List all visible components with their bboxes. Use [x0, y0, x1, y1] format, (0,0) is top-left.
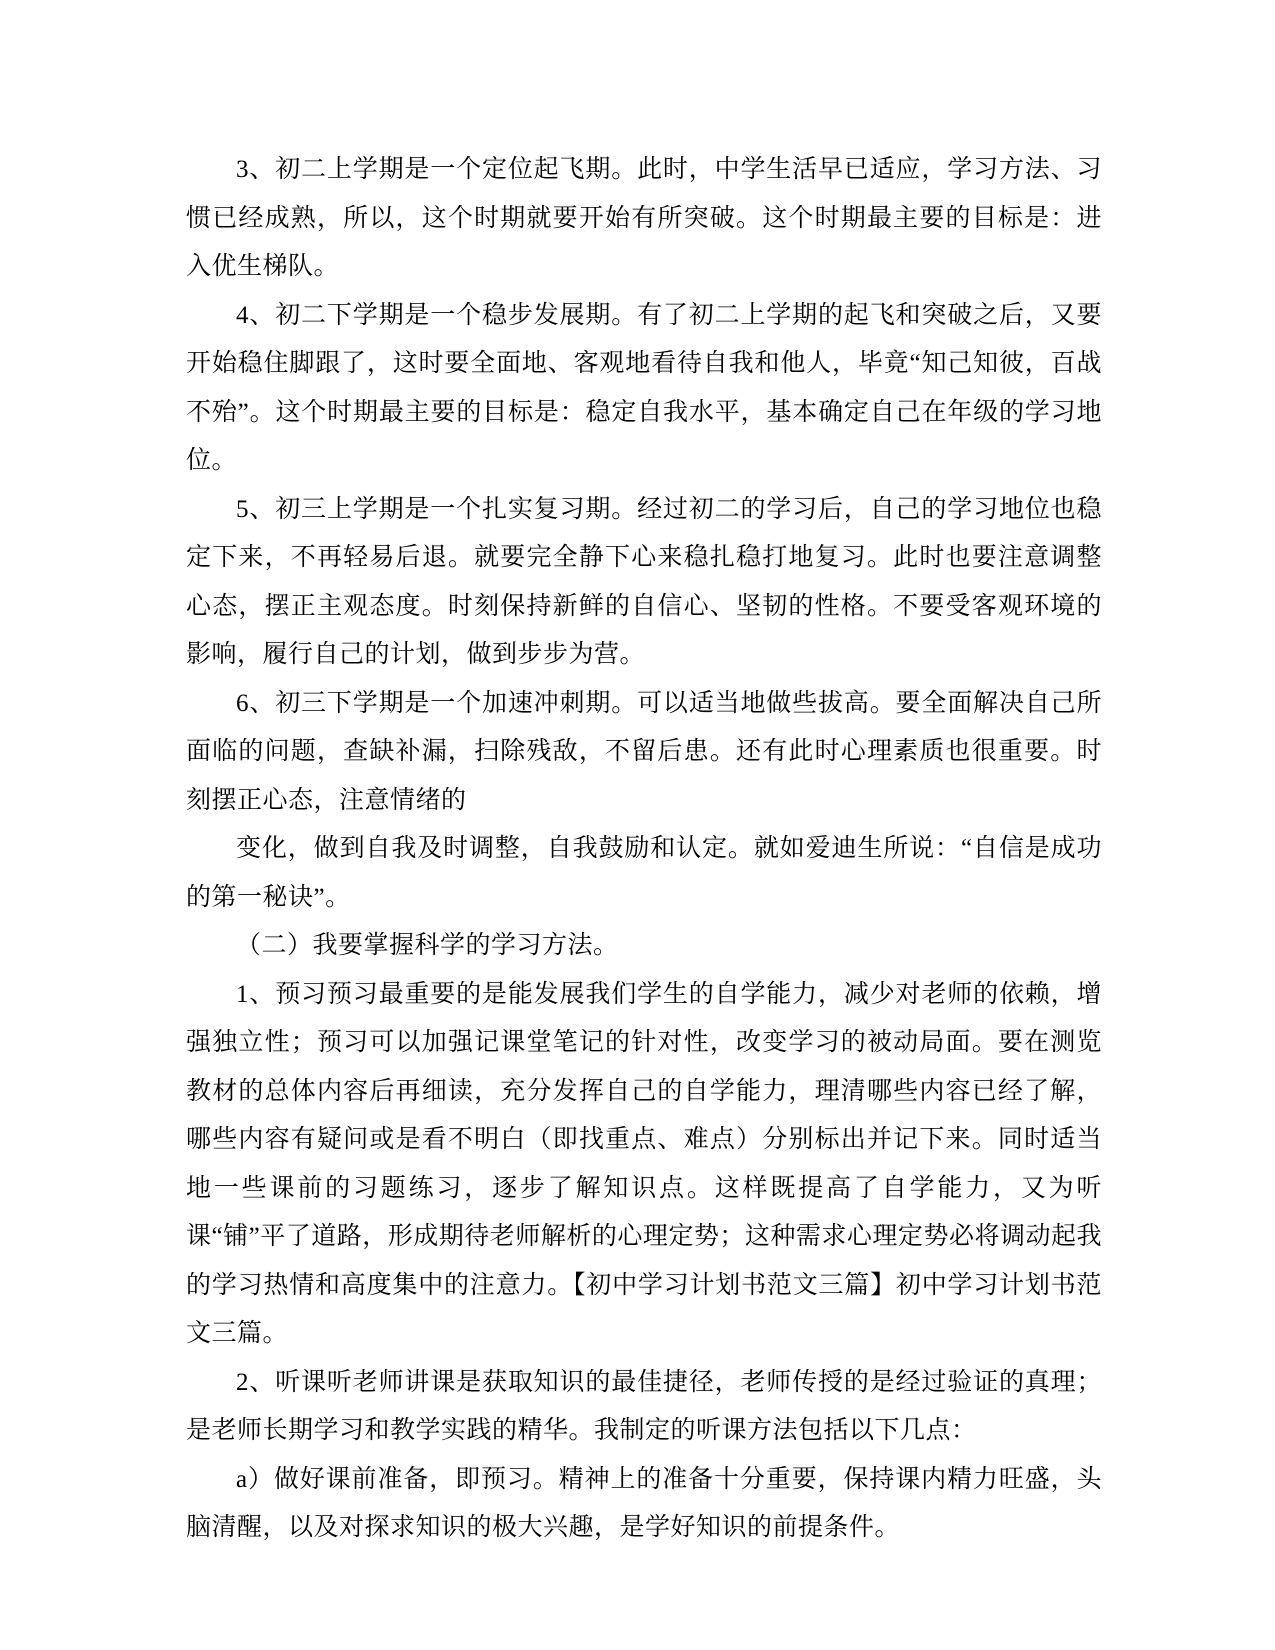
paragraph: 3、初二上学期是一个定位起飞期。此时，中学生活早已适应，学习方法、习惯已经成熟，… [186, 146, 1102, 292]
paragraph: 5、初三上学期是一个扎实复习期。经过初二的学习后，自己的学习地位也稳定下来，不再… [186, 486, 1102, 680]
paragraph: a）做好课前准备，即预习。精神上的准备十分重要，保持课内精力旺盛，头脑清醒，以及… [186, 1456, 1102, 1553]
document-body: 3、初二上学期是一个定位起飞期。此时，中学生活早已适应，学习方法、习惯已经成熟，… [186, 146, 1102, 1553]
paragraph: 变化，做到自我及时调整，自我鼓励和认定。就如爱迪生所说：“自信是成功的第一秘诀”… [186, 825, 1102, 922]
paragraph: 6、初三下学期是一个加速冲刺期。可以适当地做些拔高。要全面解决自己所面临的问题，… [186, 680, 1102, 826]
paragraph: 1、预习预习最重要的是能发展我们学生的自学能力，减少对老师的依赖，增强独立性；预… [186, 971, 1102, 1359]
paragraph: （二）我要掌握科学的学习方法。 [186, 922, 1102, 971]
document-page: 3、初二上学期是一个定位起飞期。此时，中学生活早已适应，学习方法、习惯已经成熟，… [0, 0, 1275, 1650]
paragraph: 4、初二下学期是一个稳步发展期。有了初二上学期的起飞和突破之后，又要开始稳住脚跟… [186, 292, 1102, 486]
paragraph: 2、听课听老师讲课是获取知识的最佳捷径，老师传授的是经过验证的真理；是老师长期学… [186, 1359, 1102, 1456]
